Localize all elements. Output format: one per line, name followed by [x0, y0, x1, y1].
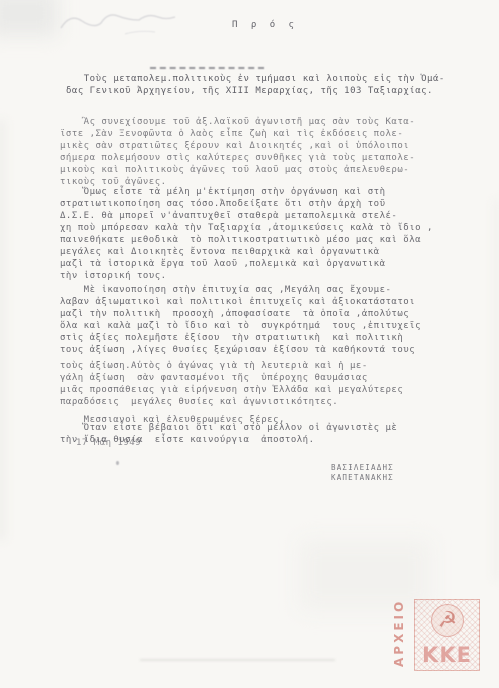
scan-smudge	[140, 659, 335, 661]
text-line: Μὲ ἱκανοποίηση στὴν ἐπιτυχία σας ,Μεγάλη…	[60, 284, 470, 296]
text-line: γάλη ἀξίωση σὰν φαντασμένοι τῆς ὑπέροχης…	[60, 372, 470, 384]
hammer-sickle-icon: ☭	[438, 610, 458, 632]
text-line: Δ.Σ.Ε. θὰ μπορεῖ ν'ἀναπτυχθεῖ σταθερὰ με…	[60, 210, 470, 222]
signature-line: ΚΑΠΕΤΑΝΑΚΗΣ	[331, 473, 451, 483]
scan-speck	[116, 461, 119, 465]
stamp-org-text: ΚΚΕ	[415, 643, 479, 667]
stamp-emblem-circle: ☭	[431, 604, 464, 637]
scan-smudge	[494, 200, 499, 580]
signature-line: ΒΑΣΙΛΕΙΑΔΗΣ	[331, 463, 451, 473]
underline-mark	[150, 67, 264, 69]
scanned-document-page: Π ρ ό ς Τοὺς μεταπολεμ.πολιτικοὺς ἐν τμή…	[0, 0, 499, 688]
text-line: μαζὶ τὴν πολιτικὴ προσοχὴ ,ἀποφασίσατε τ…	[60, 308, 470, 320]
stamp-side-text: ΑΡΧΕΙΟ	[392, 601, 406, 667]
text-line: Ὅμως εἶστε τὰ μέλη μ'ἐκτίμηση στὴν ὀργάν…	[60, 186, 470, 198]
text-line: παινεθήκατε μεθοδικὰ τὸ πολιτικοστρατιωτ…	[60, 234, 470, 246]
scan-smudge	[0, 0, 58, 36]
closing-line: Μεσσιανοὶ καὶ ἐλευθερωμένες ξέρες,	[60, 414, 470, 426]
text-line: ϊστε ,Σὰν Ξενοφῶντα ὁ λαὸς εἶπε ζωὴ καὶ …	[60, 128, 470, 140]
text-line: στρατιωτικοποίηση σας τόσο.Ἀποδείξατε ὅτ…	[60, 198, 470, 210]
text-line: τοὺς ἀξίωση.Αὐτὸς ὁ ἀγώνας γιὰ τὴ λευτερ…	[60, 360, 470, 372]
text-line: λαβαν ἀξιωματικοὶ καὶ πολιτικοὶ ἐπιτυχεῖ…	[60, 296, 470, 308]
text-line: χη ποὺ μπόρεσαν καλὰ τὴν Ταξιαρχία ,ἀτομ…	[60, 222, 470, 234]
stamp-box: ☭ ΚΚΕ	[414, 599, 480, 671]
text-line: Ἂς συνεχίσουμε τοῦ ἀξ.λαϊκοῦ ἀγωνιστῆ μα…	[60, 116, 470, 128]
signature-block: ΒΑΣΙΛΕΙΑΔΗΣΚΑΠΕΤΑΝΑΚΗΣ	[331, 433, 451, 483]
doc-heading: Π ρ ό ς	[60, 19, 470, 31]
archive-stamp: ΑΡΧΕΙΟ ☭ ΚΚΕ	[392, 597, 486, 673]
scan-smudge	[0, 120, 6, 540]
